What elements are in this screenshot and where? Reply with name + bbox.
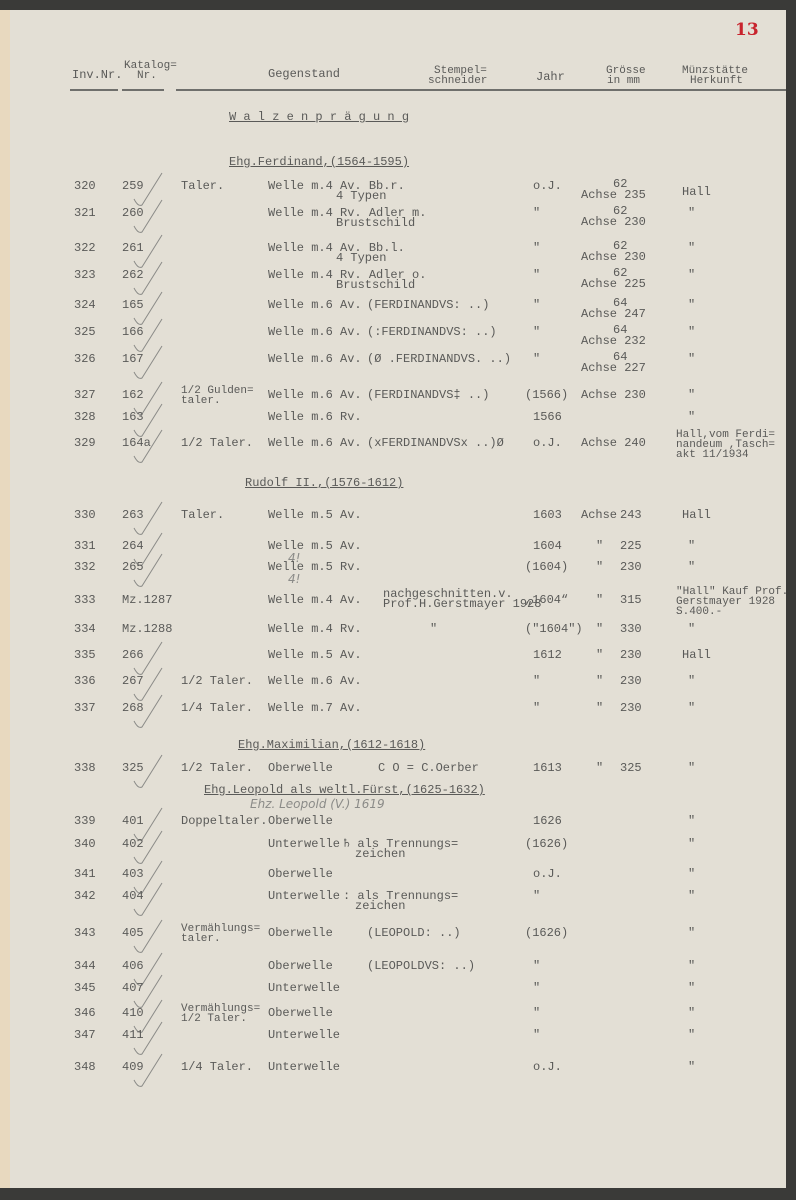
inv-nr: 337 [74, 703, 96, 714]
katalog-nr: 162 [122, 390, 144, 401]
stempelschneider: " [430, 624, 437, 635]
group-title-ferdinand: Ehg.Ferdinand,(1564-1595) [229, 157, 409, 168]
header-gegenstand: Gegenstand [268, 69, 340, 80]
katalog-nr: 405 [122, 928, 144, 939]
herkunft: " [688, 891, 695, 902]
achse: " [596, 541, 603, 552]
gegenstand: Oberwelle [268, 961, 333, 972]
katalog-nr: 266 [122, 650, 144, 661]
jahr: o.J. [533, 181, 562, 192]
achse: Achse 240 [581, 438, 646, 449]
legend-text: (:FERDINANDVS: ..) [367, 327, 497, 338]
gegenstand: Welle m.6 Av. [268, 300, 362, 311]
herkunft: " [688, 1030, 695, 1041]
gegenstand: Unterwelle [268, 839, 340, 850]
gegenstand: Oberwelle [268, 869, 333, 880]
katalog-nr: 165 [122, 300, 144, 311]
inv-nr: 336 [74, 676, 96, 687]
katalog-nr: 406 [122, 961, 144, 972]
nominal: Doppeltaler. [181, 816, 267, 827]
gegenstand: Welle m.5 Av. [268, 510, 362, 521]
group-title-maximilian: Ehg.Maximilian,(1612-1618) [238, 740, 425, 751]
herkunft: Hall [682, 187, 711, 198]
achse: Achse 230 [581, 217, 646, 228]
katalog-nr: 268 [122, 703, 144, 714]
herkunft: " [688, 412, 695, 423]
herkunft: " [688, 676, 695, 687]
header-katalog-nr-2: Nr. [137, 71, 157, 81]
achse: " [596, 763, 603, 774]
inv-nr: 339 [74, 816, 96, 827]
herkunft: " [688, 562, 695, 573]
gegenstand: Welle m.5 Av. [268, 650, 362, 661]
inv-nr: 323 [74, 270, 96, 281]
handwritten-note: Ehz. Leopold (V.) 1619 [250, 797, 385, 811]
herkunft: " [688, 300, 695, 311]
gegenstand: Oberwelle [268, 816, 333, 827]
header-rule [176, 89, 786, 91]
katalog-nr: Mz.1287 [122, 595, 172, 606]
inv-nr: 341 [74, 869, 96, 880]
herkunft: " [688, 816, 695, 827]
herkunft: " [688, 1062, 695, 1073]
katalog-nr: 259 [122, 181, 144, 192]
groesse: 230 [620, 676, 642, 687]
gegenstand: Welle m.5 Rv. [268, 562, 362, 573]
inv-nr: 340 [74, 839, 96, 850]
legend-text: zeichen [355, 849, 405, 860]
inv-nr: 332 [74, 562, 96, 573]
nominal: 1/2 Taler. [181, 1014, 247, 1024]
gegenstand-detail: 4 Typen [336, 191, 386, 202]
legend-text: (FERDINANDVS: ..) [367, 300, 489, 311]
group-title-rudolf: Rudolf II.,(1576-1612) [245, 478, 403, 489]
groesse: 230 [620, 703, 642, 714]
jahr: 1613 [533, 763, 562, 774]
herkunft: " [688, 1008, 695, 1019]
gegenstand: Welle m.6 Av. [268, 327, 362, 338]
gegenstand: Welle m.6 Av. [268, 390, 362, 401]
herkunft: " [688, 839, 695, 850]
groesse: 330 [620, 624, 642, 635]
groesse: 230 [620, 650, 642, 661]
gegenstand: Welle m.7 Av. [268, 703, 362, 714]
legend-text: (LEOPOLDVS: ..) [367, 961, 475, 972]
katalog-nr: 267 [122, 676, 144, 687]
jahr: (1604) [525, 562, 568, 573]
herkunft: " [688, 270, 695, 281]
jahr: " [533, 208, 540, 219]
gegenstand: Unterwelle [268, 983, 340, 994]
katalog-nr: 401 [122, 816, 144, 827]
gegenstand: Welle m.6 Rv. [268, 412, 362, 423]
jahr: " [533, 327, 540, 338]
nominal: Taler. [181, 510, 224, 521]
inv-nr: 330 [74, 510, 96, 521]
inv-nr: 324 [74, 300, 96, 311]
jahr: „1604“ [525, 595, 568, 606]
herkunft: " [688, 703, 695, 714]
gegenstand: Oberwelle [268, 763, 333, 774]
inv-nr: 326 [74, 354, 96, 365]
gegenstand: Welle m.6 Av. [268, 676, 362, 687]
herkunft: " [688, 928, 695, 939]
page-number: 13 [735, 20, 759, 40]
inv-nr: 329 [74, 438, 96, 449]
groesse: 243 [620, 510, 642, 521]
header-stempelschneider-2: schneider [428, 76, 487, 86]
jahr: " [533, 1030, 540, 1041]
inv-nr: 342 [74, 891, 96, 902]
katalog-nr: 411 [122, 1030, 144, 1041]
jahr: o.J. [533, 1062, 562, 1073]
katalog-nr: 263 [122, 510, 144, 521]
legend-text: (FERDINANDVS‡ ..) [367, 390, 489, 401]
achse: Achse 230 [581, 252, 646, 263]
gegenstand: Unterwelle [268, 891, 340, 902]
jahr: " [533, 961, 540, 972]
katalog-nr: Mz.1288 [122, 624, 172, 635]
gegenstand: Oberwelle [268, 928, 333, 939]
gegenstand: Welle m.6 Av. [268, 354, 362, 365]
achse: " [596, 650, 603, 661]
header-rule [70, 89, 118, 91]
nominal: 1/2 Taler. [181, 763, 253, 774]
katalog-nr: 264 [122, 541, 144, 552]
katalog-nr: 409 [122, 1062, 144, 1073]
achse: " [596, 595, 603, 606]
gegenstand: Oberwelle [268, 1008, 333, 1019]
nominal: 1/2 Taler. [181, 676, 253, 687]
gegenstand-detail: Brustschild [336, 218, 415, 229]
herkunft: S.400.- [676, 607, 722, 617]
katalog-nr: 260 [122, 208, 144, 219]
inv-nr: 348 [74, 1062, 96, 1073]
jahr: 1612 [533, 650, 562, 661]
katalog-nr: 404 [122, 891, 144, 902]
inv-nr: 320 [74, 181, 96, 192]
achse: Achse 235 [581, 190, 646, 201]
groesse: 325 [620, 763, 642, 774]
herkunft: Hall [682, 650, 711, 661]
jahr: (1626) [525, 928, 568, 939]
achse: " [596, 676, 603, 687]
achse: Achse 247 [581, 309, 646, 320]
herkunft: " [688, 541, 695, 552]
achse: Achse 232 [581, 336, 646, 347]
jahr: 1604 [533, 541, 562, 552]
inv-nr: 345 [74, 983, 96, 994]
gegenstand: Welle m.4 Av. [268, 595, 362, 606]
herkunft: " [688, 354, 695, 365]
herkunft: " [688, 961, 695, 972]
jahr: o.J. [533, 869, 562, 880]
herkunft: " [688, 243, 695, 254]
gegenstand-detail: Brustschild [336, 280, 415, 291]
jahr: (1626) [525, 839, 568, 850]
herkunft: " [688, 327, 695, 338]
legend-text: zeichen [355, 901, 405, 912]
inv-nr: 347 [74, 1030, 96, 1041]
katalog-nr: 261 [122, 243, 144, 254]
inv-nr: 322 [74, 243, 96, 254]
legend-text: (xFERDINANDVSx ..)Ø [367, 438, 504, 449]
herkunft: " [688, 869, 695, 880]
achse: " [596, 703, 603, 714]
jahr: " [533, 983, 540, 994]
inv-nr: 333 [74, 595, 96, 606]
jahr: o.J. [533, 438, 562, 449]
inv-nr: 325 [74, 327, 96, 338]
gegenstand: Unterwelle [268, 1062, 340, 1073]
jahr: 1566 [533, 412, 562, 423]
legend-text: (LEOPOLD: ..) [367, 928, 461, 939]
jahr: " [533, 243, 540, 254]
jahr: ("1604") [525, 624, 583, 635]
nominal: taler. [181, 934, 221, 944]
jahr: " [533, 1008, 540, 1019]
group-title-leopold: Ehg.Leopold als weltl.Fürst,(1625-1632) [204, 785, 485, 796]
herkunft: " [688, 763, 695, 774]
inv-nr: 328 [74, 412, 96, 423]
katalog-nr: 410 [122, 1008, 144, 1019]
header-groesse-2: in mm [607, 76, 640, 86]
inv-nr: 335 [74, 650, 96, 661]
katalog-nr: 262 [122, 270, 144, 281]
herkunft: " [688, 208, 695, 219]
achse: Achse 227 [581, 363, 646, 374]
jahr: " [533, 891, 540, 902]
inv-nr: 344 [74, 961, 96, 972]
groesse: 230 [620, 562, 642, 573]
katalog-nr: 163 [122, 412, 144, 423]
katalog-nr: 166 [122, 327, 144, 338]
achse: Achse 230 [581, 390, 646, 401]
legend-text: (Ø .FERDINANDVS. ..) [367, 354, 511, 365]
inv-nr: 343 [74, 928, 96, 939]
nominal: 1/2 Taler. [181, 438, 253, 449]
herkunft: " [688, 624, 695, 635]
jahr: " [533, 703, 540, 714]
stempelschneider: Prof.H.Gerstmayer 1928 [383, 599, 541, 610]
herkunft: akt 11/1934 [676, 450, 749, 460]
header-jahr: Jahr [536, 72, 565, 83]
katalog-nr: 407 [122, 983, 144, 994]
gegenstand-detail: 4 Typen [336, 253, 386, 264]
nominal: 1/4 Taler. [181, 703, 253, 714]
herkunft: Hall [682, 510, 711, 521]
header-muenzstaette-2: Herkunft [690, 76, 743, 86]
groesse: 315 [620, 595, 642, 606]
groesse: 225 [620, 541, 642, 552]
jahr: 1626 [533, 816, 562, 827]
handwritten-note: 4! [288, 572, 300, 586]
katalog-nr: 164a [122, 438, 151, 449]
inv-nr: 346 [74, 1008, 96, 1019]
katalog-nr: 403 [122, 869, 144, 880]
inv-nr: 327 [74, 390, 96, 401]
jahr: " [533, 354, 540, 365]
inv-nr: 321 [74, 208, 96, 219]
stempelschneider: C O = C.Oerber [378, 763, 479, 774]
inv-nr: 338 [74, 763, 96, 774]
katalog-nr: 265 [122, 562, 144, 573]
header-rule [122, 89, 164, 91]
section-title: W a l z e n p r ä g u n g [229, 112, 409, 123]
gegenstand: Welle m.5 Av. [268, 541, 362, 552]
nominal: 1/4 Taler. [181, 1062, 253, 1073]
nominal: taler. [181, 396, 221, 406]
inv-nr: 331 [74, 541, 96, 552]
gegenstand: Unterwelle [268, 1030, 340, 1041]
herkunft: " [688, 983, 695, 994]
inv-nr: 334 [74, 624, 96, 635]
achse: Achse [581, 510, 617, 521]
achse: Achse 225 [581, 279, 646, 290]
herkunft: " [688, 390, 695, 401]
jahr: (1566) [525, 390, 568, 401]
katalog-nr: 402 [122, 839, 144, 850]
katalog-nr: 167 [122, 354, 144, 365]
gegenstand: Welle m.6 Av. [268, 438, 362, 449]
gegenstand: Welle m.4 Rv. [268, 624, 362, 635]
jahr: " [533, 300, 540, 311]
achse: " [596, 624, 603, 635]
header-inv-nr: Inv.Nr. [72, 70, 122, 81]
achse: " [596, 562, 603, 573]
katalog-nr: 325 [122, 763, 144, 774]
jahr: " [533, 270, 540, 281]
jahr: 1603 [533, 510, 562, 521]
jahr: " [533, 676, 540, 687]
nominal: Taler. [181, 181, 224, 192]
